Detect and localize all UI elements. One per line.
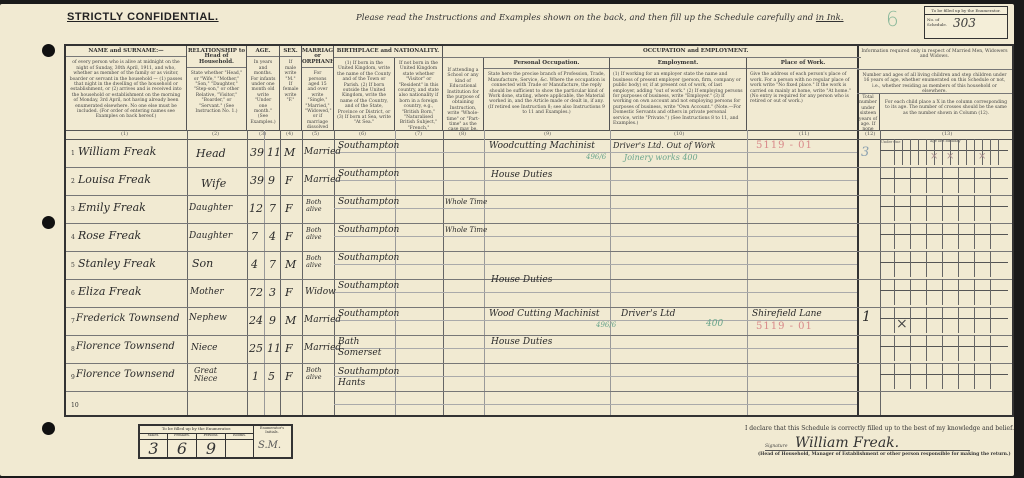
birthplace: Bath Somerset [338, 337, 393, 359]
relationship: Niece [191, 343, 217, 353]
signature-label: Signature [765, 444, 788, 449]
enumerator-initials-label: Enumerator's Initials. [253, 426, 291, 433]
occupation-code: 496/6 [596, 321, 616, 329]
household-table: NAME and SURNAME:—of every person who is… [64, 44, 859, 417]
relationship: Wife [201, 177, 226, 190]
age-months: 9 [269, 314, 276, 327]
col-head-personal-occupation: Personal Occupation.State here the preci… [484, 58, 610, 130]
col-head-place-of-work: Place of Work.Give the address of each p… [747, 58, 859, 130]
age-months: 3 [269, 286, 276, 299]
person-name: Rose Freak [78, 229, 141, 242]
table-row: 10 [66, 391, 857, 419]
persons-count: 9 [197, 439, 226, 457]
birthplace: Southampton [338, 169, 399, 179]
occupation: Woodcutting Machinist [489, 141, 595, 151]
sex: M [285, 258, 296, 271]
sex: F [285, 370, 293, 383]
sex: F [285, 174, 293, 187]
marriage-status: Both alive [306, 367, 332, 380]
punch-hole-icon [42, 44, 55, 57]
birthplace: Southampton Hants [338, 367, 393, 389]
children-count: 1 [862, 309, 871, 325]
table-row: 7 Frederick Townsend Nephew 24 9 M Marri… [66, 307, 857, 336]
marriage-status: Widow [305, 287, 336, 297]
occupation: House Duties [491, 275, 552, 285]
col-head-birthplace: (1) If born in the United Kingdom, write… [334, 58, 395, 130]
red-code: 5119 - 01 [756, 140, 813, 151]
sex: F [285, 230, 293, 243]
females-count: 6 [168, 439, 197, 457]
age-years: 7 [251, 230, 258, 243]
enumerator-box: To be filled up by the Enumerator. Enume… [138, 424, 293, 459]
children-count: 3 [861, 145, 869, 160]
col-head-age: AGE.In years and months. For infants und… [247, 46, 280, 130]
sex: M [285, 314, 296, 327]
person-name: Florence Townsend [76, 341, 175, 352]
age-years: 12 [249, 202, 263, 215]
table-row: 2 Louisa Freak Wife 39 9 F Married South… [66, 167, 857, 196]
marriage-status: Married [304, 343, 341, 353]
marriage-status: Married [304, 147, 341, 157]
occupation: Wood Cutting Machinist [489, 309, 600, 319]
schedule-number: 303 [953, 16, 976, 30]
person-name: Eliza Freak [78, 285, 142, 298]
col-head-nationality: If not born in the United Kingdom state … [395, 58, 443, 130]
school-attendance: Whole Time [445, 198, 487, 206]
schedule-number-box: To be filled up by the Enumerator. No. o… [924, 6, 1008, 39]
employment-note: Joinery works 400 [624, 153, 698, 162]
occupation: House Duties [491, 170, 552, 180]
relationship: Son [192, 257, 213, 270]
document-title: STRICTLY CONFIDENTIAL. [67, 11, 219, 23]
children-row [857, 391, 1012, 419]
rooms-count [226, 439, 254, 457]
marriage-status: Both alive [306, 255, 332, 268]
relationship: Great Niece [194, 367, 234, 383]
signature-line: Signature William Freak. [765, 436, 970, 451]
person-name: Emily Freak [78, 201, 146, 214]
children-row [857, 167, 1012, 196]
age-years: 39 [250, 174, 264, 187]
instructions-text: Please read the Instructions and Example… [356, 13, 813, 23]
place-of-work: Shirefield Lane [752, 309, 822, 319]
col-head-marriage: MARRIAGE or ORPHANHOOD.For persons aged … [302, 46, 334, 130]
age-mark: × [946, 151, 954, 162]
enumerator-initials: S.M. [258, 440, 281, 451]
col-group-occupation: OCCUPATION and EMPLOYMENT. [443, 46, 861, 58]
birthplace: Southampton [338, 281, 399, 291]
table-row: 5 Stanley Freak Son 4 7 M Both alive Sou… [66, 251, 857, 280]
col-head-children-total: Total number under sixteen years of age.… [857, 94, 880, 130]
age-years: 24 [249, 314, 263, 327]
age-years: 1 [252, 370, 259, 383]
age-months: 7 [269, 258, 276, 271]
children-row: 3 Under OneAge last birthday × × × [857, 139, 1012, 168]
age-months: 9 [268, 174, 275, 187]
relationship: Mother [190, 287, 224, 297]
col-head-name: NAME and SURNAME:—of every person who is… [66, 46, 187, 130]
children-info-table: Information required only in respect of … [857, 44, 1014, 417]
age-months: 11 [267, 342, 281, 355]
birthplace: Southampton [338, 309, 399, 319]
declaration-text: I declare that this Schedule is correctl… [745, 425, 1014, 432]
children-row [857, 363, 1012, 392]
signature-caption: (Head of Household, Manager of Establish… [758, 452, 1011, 457]
birthplace: Southampton [338, 253, 399, 263]
age-years: 4 [251, 258, 258, 271]
red-code: 5119 - 01 [756, 321, 813, 332]
birthplace: Southampton [338, 197, 399, 207]
census-schedule-sheet: STRICTLY CONFIDENTIAL. Please read the I… [0, 4, 1014, 476]
marriage-status: Married [304, 175, 341, 185]
sex: M [284, 146, 295, 159]
birthplace: Southampton [338, 225, 399, 235]
employment-note: 400 [706, 319, 723, 329]
person-name: Stanley Freak [78, 257, 156, 270]
punch-hole-icon [42, 422, 55, 435]
school-attendance: Whole Time [445, 226, 487, 234]
employment: Driver's Ltd [621, 309, 675, 319]
instructions-emphasis: in Ink. [816, 13, 844, 23]
person-name: Frederick Townsend [76, 313, 180, 324]
col-head-relationship: RELATIONSHIP to Head of Household.State … [187, 46, 247, 130]
person-name: William Freak [78, 145, 156, 158]
relationship: Head [196, 147, 226, 160]
sex: F [285, 202, 293, 215]
age-months: 11 [267, 146, 281, 159]
sex: F [285, 342, 293, 355]
age-mark: × [930, 151, 938, 162]
col-head-children-ages: For each child place a X in the column c… [880, 94, 1012, 130]
age-years: 39 [250, 146, 264, 159]
children-row [857, 251, 1012, 280]
table-row: 3 Emily Freak Daughter 12 7 F Both alive… [66, 195, 857, 224]
col-group-children-subtitle: Number and ages of all living children a… [857, 70, 1012, 94]
employment: Driver's Ltd. Out of Work [613, 141, 715, 150]
children-row [857, 223, 1012, 252]
children-row [857, 279, 1012, 308]
relationship: Daughter [189, 203, 232, 213]
age-mark: × [978, 151, 986, 162]
person-name: Florence Townsend [76, 369, 175, 380]
page-mark: 6 [886, 7, 899, 31]
age-years: 72 [249, 286, 263, 299]
table-row: 8 Florence Townsend Niece 25 11 F Marrie… [66, 335, 857, 364]
relationship: Nephew [189, 313, 227, 323]
signature: William Freak. [795, 435, 899, 451]
sex: F [285, 286, 293, 299]
col-group-married-info: Information required only in respect of … [857, 46, 1012, 70]
schedule-box-label: No. of Schedule. [927, 17, 941, 27]
relationship: Daughter [189, 231, 232, 241]
schedule-box-heading: To be filled up by the Enumerator. [925, 7, 1007, 15]
col-head-sex: SEX.If male write "M." If female write "… [280, 46, 302, 130]
marriage-status: Both alive [306, 227, 332, 240]
marriage-status: Married [304, 315, 341, 325]
age-grid: Under OneAge last birthday × × × [880, 139, 1008, 165]
children-row [857, 195, 1012, 224]
punch-hole-icon [42, 216, 55, 229]
age-months: 4 [269, 230, 276, 243]
age-mark: × [896, 316, 908, 332]
birthplace: Southampton [338, 141, 399, 151]
table-row: 6 Eliza Freak Mother 72 3 F Widow Southa… [66, 279, 857, 308]
age-years: 25 [249, 342, 263, 355]
children-row [857, 335, 1012, 364]
instructions-line: Please read the Instructions and Example… [356, 13, 844, 23]
males-count: 3 [140, 439, 168, 457]
occupation: House Duties [491, 337, 552, 347]
table-row: 4 Rose Freak Daughter 7 4 F Both alive S… [66, 223, 857, 252]
occupation-code: 496/6 [586, 153, 606, 161]
col-head-employment: Employment.(1) If working for an employe… [610, 58, 747, 130]
age-months: 7 [269, 202, 276, 215]
children-row: 1 × [857, 307, 1012, 336]
marriage-status: Both alive [306, 199, 332, 212]
col-group-birthplace: BIRTHPLACE and NATIONALITY. [334, 46, 443, 58]
person-name: Louisa Freak [78, 173, 151, 186]
table-row: 1 William Freak Head 39 11 M Married Sou… [66, 139, 857, 168]
col-head-school: If attending a School or any kind of Edu… [443, 58, 484, 130]
age-months: 5 [268, 370, 275, 383]
table-row: 9 Florence Townsend Great Niece 1 5 F Bo… [66, 363, 857, 392]
